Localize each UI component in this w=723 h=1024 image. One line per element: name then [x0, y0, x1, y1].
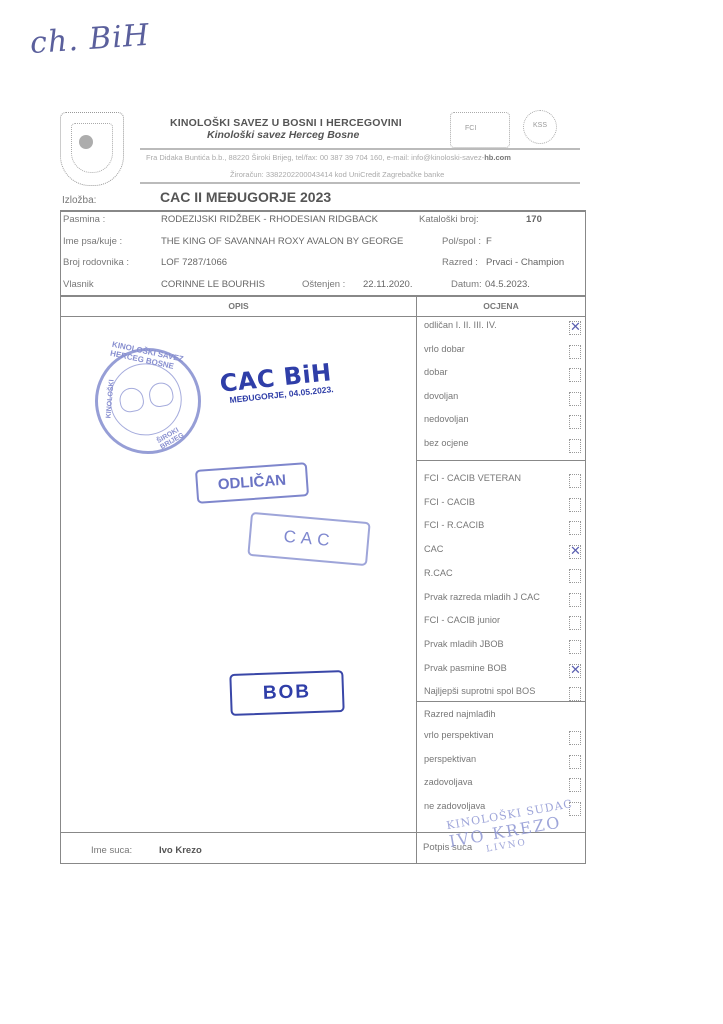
ocjena-header: OCJENA [417, 296, 585, 317]
kss-logo-icon: KSS [523, 110, 557, 144]
title-checkbox[interactable] [569, 640, 581, 654]
born-value: 22.11.2020. [363, 279, 412, 290]
pedigree-value: LOF 7287/1066 [161, 257, 227, 268]
puppy-grade-label: ne zadovoljava [424, 801, 485, 811]
grade-label: bez ocjene [424, 438, 468, 448]
title-label: R.CAC [424, 568, 453, 578]
dog-info-table: Pasmina : RODEZIJSKI RIDŽBEK - RHODESIAN… [60, 210, 586, 297]
grade-label: dobar [424, 367, 448, 377]
contact-line: Fra Didaka Buntića b.b., 88220 Široki Br… [146, 153, 586, 162]
puppy-grade-checkbox[interactable] [569, 778, 581, 792]
breed-value: RODEZIJSKI RIDŽBEK - RHODESIAN RIDGBACK [161, 214, 378, 225]
title-checkbox[interactable] [569, 687, 581, 701]
puppy-grade-label: vrlo perspektivan [424, 730, 493, 740]
organization-logo [60, 112, 124, 186]
show-label: Izložba: [62, 195, 96, 206]
title-label: FCI - R.CACIB [424, 520, 484, 530]
judge-name: Ivo Krezo [159, 845, 202, 856]
puppy-grade-label: zadovoljava [424, 777, 473, 787]
puppy-grade-checkbox[interactable] [569, 731, 581, 745]
class-value: Prvaci - Champion [486, 257, 564, 268]
grade-label: vrlo dobar [424, 344, 465, 354]
puppy-class-header: Razred najmlađih [424, 709, 496, 719]
date-value: 04.5.2023. [485, 279, 530, 290]
title-checkbox[interactable] [569, 545, 581, 559]
org-title: KINOLOŠKI SAVEZ U BOSNI I HERCEGOVINI [170, 117, 402, 129]
opis-header: OPIS [61, 296, 416, 317]
title-label: FCI - CACIB junior [424, 615, 500, 625]
title-checkbox[interactable] [569, 498, 581, 512]
grade-checkbox[interactable] [569, 439, 581, 453]
grade-checkbox[interactable] [569, 345, 581, 359]
grade-label: nedovoljan [424, 414, 468, 424]
title-checkbox[interactable] [569, 593, 581, 607]
dog-name-label: Ime psa/kuje : [63, 236, 122, 247]
owner-value: CORINNE LE BOURHIS [161, 279, 265, 290]
title-label: Najljepši suprotni spol BOS [424, 686, 535, 696]
class-label: Razred : [442, 257, 478, 268]
catalog-number: 170 [526, 214, 542, 225]
puppy-grade-checkbox[interactable] [569, 755, 581, 769]
handwritten-note: ch. BiH [29, 18, 151, 61]
dog-name-value: THE KING OF SAVANNAH ROXY AVALON BY GEOR… [161, 236, 403, 247]
title-checkbox[interactable] [569, 521, 581, 535]
title-label: CAC [424, 544, 443, 554]
org-subtitle: Kinološki savez Herceg Bosne [207, 129, 359, 141]
title-checkbox[interactable] [569, 474, 581, 488]
judge-label: Ime suca: [91, 845, 132, 856]
grade-checkbox[interactable] [569, 321, 581, 335]
owner-label: Vlasnik [63, 279, 94, 290]
header-divider [140, 182, 580, 184]
title-checkbox[interactable] [569, 664, 581, 678]
sex-label: Pol/spol : [442, 236, 481, 247]
born-label: Oštenjen : [302, 279, 345, 290]
title-label: Prvak razreda mladih J CAC [424, 592, 540, 602]
pedigree-label: Broj rodovnika : [63, 257, 129, 268]
bank-line: Žiroračun: 3382202200043414 kod UniCredi… [230, 170, 444, 179]
fci-logo-icon: FCI [450, 112, 510, 148]
grade-checkbox[interactable] [569, 392, 581, 406]
grade-checkbox[interactable] [569, 368, 581, 382]
title-label: FCI - CACIB [424, 497, 475, 507]
title-label: Prvak pasmine BOB [424, 663, 507, 673]
title-label: FCI - CACIB VETERAN [424, 473, 521, 483]
puppy-grade-label: perspektivan [424, 754, 476, 764]
grade-label: odličan I. II. III. IV. [424, 320, 497, 330]
date-label: Datum: [451, 279, 482, 290]
bob-stamp: BOB [229, 670, 344, 716]
sex-value: F [486, 236, 492, 247]
header-divider [140, 148, 580, 150]
show-name: CAC II MEĐUGORJE 2023 [160, 189, 331, 205]
grade-label: dovoljan [424, 391, 458, 401]
breed-label: Pasmina : [63, 214, 105, 225]
catalog-label: Kataloški broj: [419, 214, 479, 225]
title-checkbox[interactable] [569, 616, 581, 630]
title-label: Prvak mladih JBOB [424, 639, 504, 649]
grade-checkbox[interactable] [569, 415, 581, 429]
title-checkbox[interactable] [569, 569, 581, 583]
